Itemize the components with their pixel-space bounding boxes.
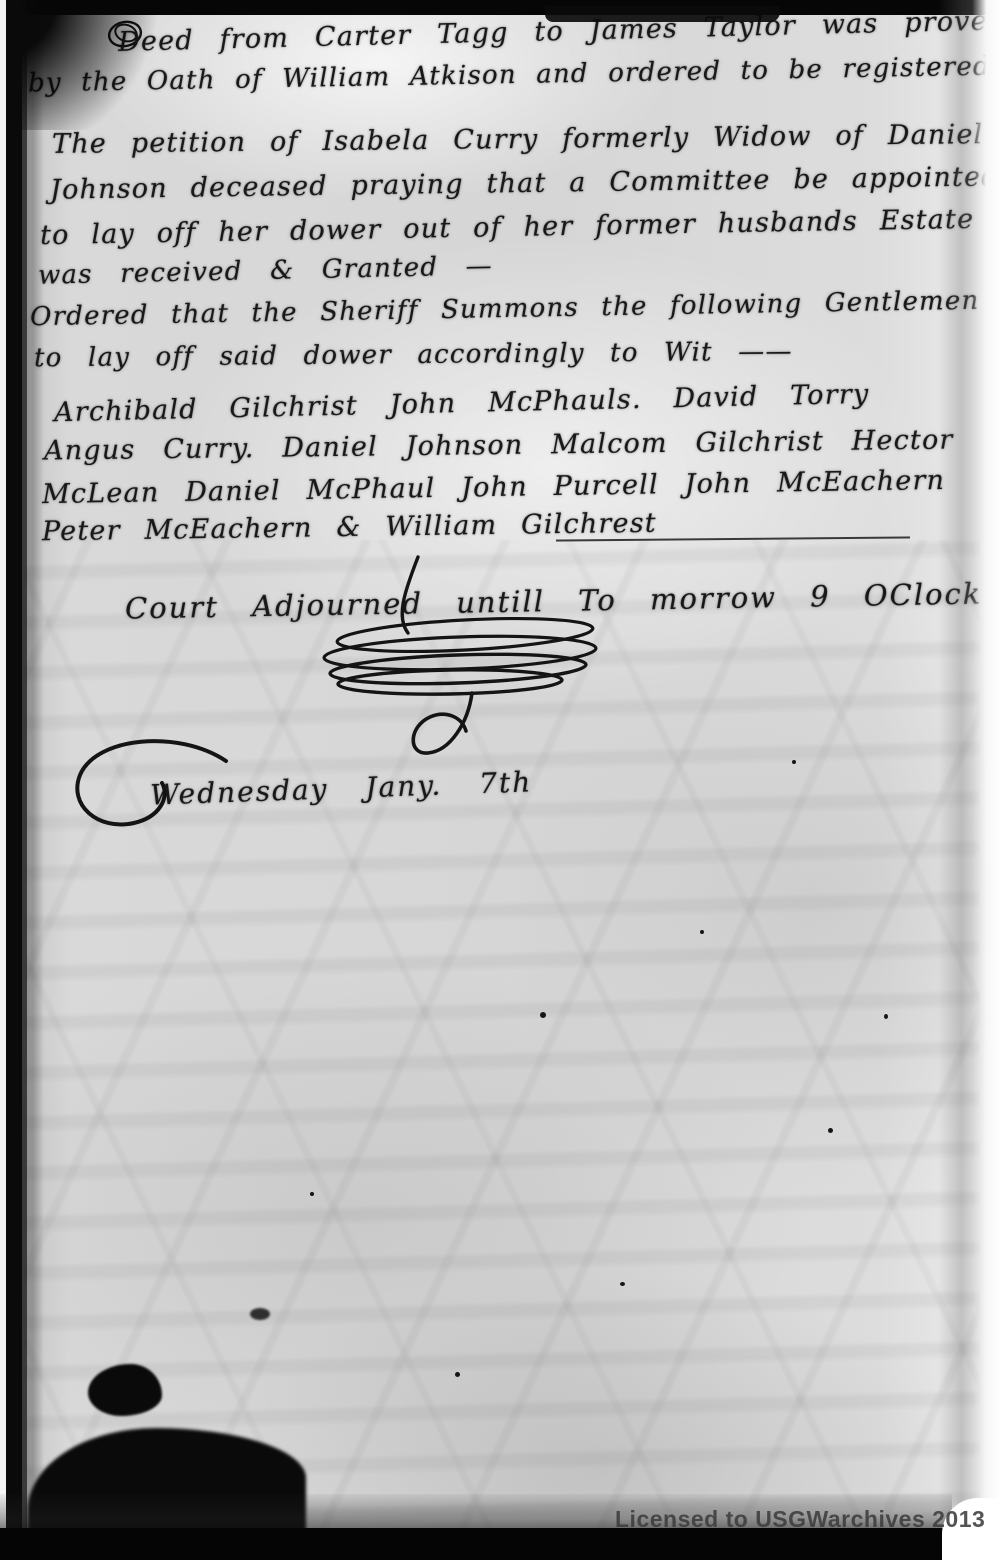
watermark: Licensed to USGWarchives 2013 [615,1506,985,1533]
document-scan-page: Deed from Carter Tagg to James Taylor wa… [0,0,1000,1560]
ink-blot [88,1364,162,1416]
scan-speck [620,1282,625,1286]
scan-speck [700,930,704,934]
ink-blot [250,1308,270,1320]
scan-speck [540,1012,546,1018]
scan-speck [884,1014,888,1019]
scan-border-left [0,0,44,1560]
scan-edge-right-shading [938,0,1000,1560]
scan-speck [792,760,796,764]
pen-flourish [300,555,620,770]
scan-speck [310,1192,314,1196]
scan-border-top-smudge [545,6,780,22]
scan-border-top [0,0,1000,15]
scan-speck [828,1128,833,1133]
scan-speck [455,1372,460,1377]
